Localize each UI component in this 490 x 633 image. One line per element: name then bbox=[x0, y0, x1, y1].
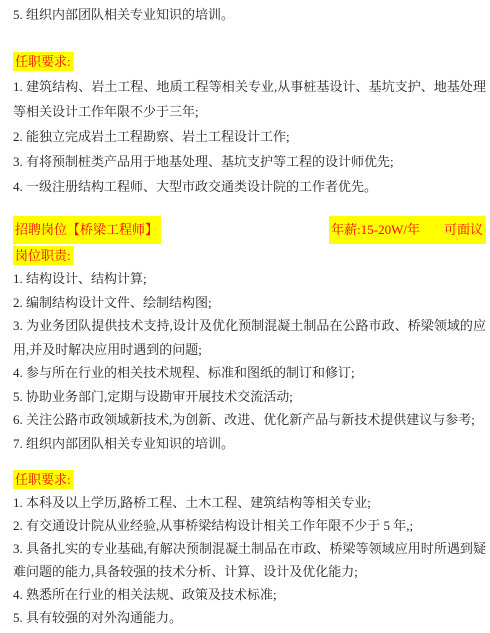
requirement-item: 1. 本科及以上学历,路桥工程、土木工程、建筑结构等相关专业; bbox=[13, 491, 486, 514]
requirement-item: 4. 熟悉所在行业的相关法规、政策及技术标准; bbox=[13, 583, 486, 606]
requirements-heading: 任职要求: bbox=[13, 470, 74, 489]
duty-item: 2. 编制结构设计文件、绘制结构图; bbox=[13, 291, 486, 315]
bridge-requirements-section: 任职要求: 1. 本科及以上学历,路桥工程、土木工程、建筑结构等相关专业; 2.… bbox=[13, 468, 486, 629]
document-page: { "colors": { "highlight": "#ffff00", "h… bbox=[0, 0, 490, 633]
requirement-item: 2. 能独立完成岩土工程勘察、岩土工程设计工作; bbox=[13, 124, 486, 149]
requirement-item: 5. 具有较强的对外沟通能力。 bbox=[13, 606, 486, 629]
duty-item: 4. 参与所在行业的相关技术规程、标准和图纸的制订和修订; bbox=[13, 361, 486, 385]
requirement-item: 3. 有将预制桩类产品用于地基处理、基坑支护等工程的设计师优先; bbox=[13, 149, 486, 174]
duty-item: 5. 组织内部团队相关专业知识的培训。 bbox=[13, 2, 486, 27]
duty-item: 1. 结构设计、结构计算; bbox=[13, 267, 486, 291]
duty-item: 3. 为业务团队提供技术支持,设计及优化预制混凝土制品在公路市政、桥梁领域的应用… bbox=[13, 314, 486, 361]
duties-heading: 岗位职责: bbox=[13, 246, 74, 265]
requirements-heading: 任职要求: bbox=[13, 52, 74, 71]
negotiable-label: 可面议 bbox=[444, 222, 483, 237]
salary-info: 年薪:15-20W/年可面议 bbox=[329, 216, 486, 244]
requirements-heading-row: 任职要求: bbox=[13, 468, 486, 491]
position-header-row: 招聘岗位【桥梁工程师】 年薪:15-20W/年可面议 bbox=[13, 216, 486, 244]
geotech-job-section: 5. 组织内部团队相关专业知识的培训。 任职要求: 1. 建筑结构、岩土工程、地… bbox=[13, 2, 486, 199]
duty-item: 6. 关注公路市政领域新技术,为创新、改进、优化新产品与新技术提供建议与参考; bbox=[13, 408, 486, 432]
bridge-job-section: 招聘岗位【桥梁工程师】 年薪:15-20W/年可面议 岗位职责: 1. 结构设计… bbox=[13, 216, 486, 455]
requirement-item: 1. 建筑结构、岩土工程、地质工程等相关专业,从事桩基设计、基坑支护、地基处理等… bbox=[13, 74, 486, 124]
blank-line bbox=[13, 27, 486, 49]
duty-item: 7. 组织内部团队相关专业知识的培训。 bbox=[13, 432, 486, 456]
requirement-item: 4. 一级注册结构工程师、大型市政交通类设计院的工作者优先。 bbox=[13, 174, 486, 199]
requirement-item: 2. 有交通设计院从业经验,从事桥梁结构设计相关工作年限不少于 5 年,; bbox=[13, 514, 486, 537]
duties-heading-row: 岗位职责: bbox=[13, 244, 486, 268]
requirement-item: 3. 具备扎实的专业基础,有解决预制混凝土制品在市政、桥梁等领域应用时所遇到疑难… bbox=[13, 537, 486, 583]
duty-item: 5. 协助业务部门,定期与设勘审开展技术交流活动; bbox=[13, 385, 486, 409]
position-title: 招聘岗位【桥梁工程师】 bbox=[13, 216, 161, 244]
salary-amount: 年薪:15-20W/年 bbox=[331, 222, 420, 237]
requirements-heading-row: 任职要求: bbox=[13, 49, 486, 74]
